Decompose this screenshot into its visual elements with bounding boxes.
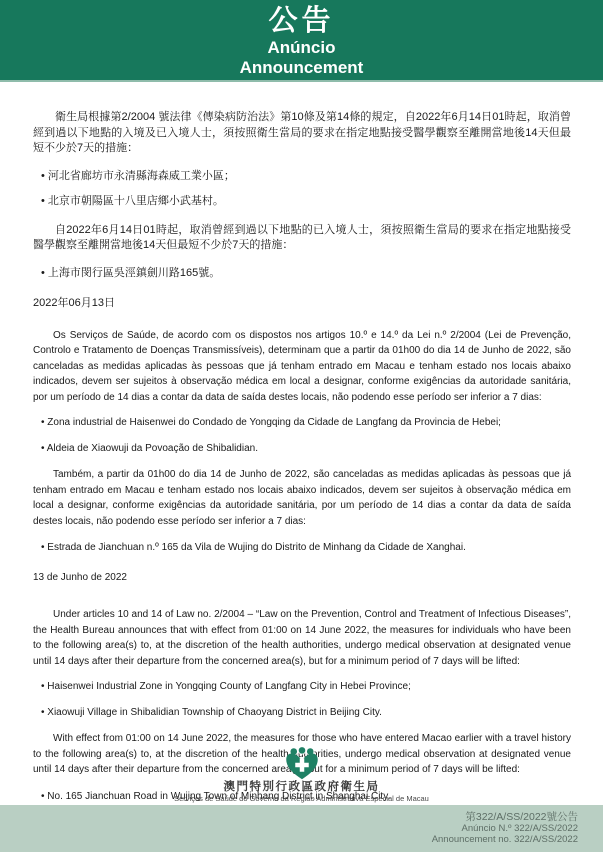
en-bullet-item: Haisenwei Industrial Zone in Yongqing Co…	[33, 679, 571, 695]
pt-paragraph-1: Os Serviços de Saúde, de acordo com os d…	[33, 328, 571, 406]
pt-date: 13 de Junho de 2022	[33, 570, 571, 586]
zh-paragraph-1: 衛生局根據第2/2004 號法律《傳染病防治法》第10條及第14條的規定，自20…	[33, 110, 571, 157]
page-title-en: Announcement	[0, 58, 603, 78]
health-bureau-heart-logo-icon	[284, 747, 320, 780]
page-title-pt: Anúncio	[0, 38, 603, 58]
pt-bullet-list-1: Zona industrial de Haisenwei do Condado …	[33, 415, 571, 456]
announcement-number-en: Announcement no. 322/A/SS/2022	[0, 835, 578, 846]
page-title-zh: 公告	[0, 5, 603, 38]
zh-bullet-list-1: 河北省廊坊市永清縣海森威工業小區； 北京市朝陽區十八里店鄉小武基村。	[33, 169, 571, 210]
pt-bullet-item: Zona industrial de Haisenwei do Condado …	[33, 415, 571, 431]
footer-reference-bar: 第322/A/SS/2022號公告 Anúncio N.º 322/A/SS/2…	[0, 805, 603, 852]
en-paragraph-1: Under articles 10 and 14 of Law no. 2/20…	[33, 607, 571, 669]
announcement-page: 公告 Anúncio Announcement 衛生局根據第2/2004 號法律…	[0, 0, 603, 852]
zh-bullet-list-2: 上海市閔行區吳涇鎮劍川路165號。	[33, 266, 571, 282]
document-body: 衛生局根據第2/2004 號法律《傳染病防治法》第10條及第14條的規定，自20…	[0, 110, 603, 847]
pt-bullet-item: Estrada de Jianchuan n.º 165 da Vila de …	[33, 540, 571, 556]
pt-bullet-list-2: Estrada de Jianchuan n.º 165 da Vila de …	[33, 540, 571, 556]
org-name-zh: 澳門特別行政區政府衛生局	[0, 781, 603, 794]
zh-bullet-item: 上海市閔行區吳涇鎮劍川路165號。	[33, 266, 571, 282]
announcement-number-pt: Anúncio N.º 322/A/SS/2022	[0, 824, 578, 835]
zh-bullet-item: 河北省廊坊市永清縣海森威工業小區；	[33, 169, 571, 185]
pt-paragraph-2: Também, a partir da 01h00 do dia 14 de J…	[33, 467, 571, 529]
en-bullet-item: Xiaowuji Village in Shibalidian Township…	[33, 705, 571, 721]
footer-org-block: 澳門特別行政區政府衛生局 Serviços de Saúde do Govern…	[0, 747, 603, 805]
zh-bullet-item: 北京市朝陽區十八里店鄉小武基村。	[33, 194, 571, 210]
section-chinese: 衛生局根據第2/2004 號法律《傳染病防治法》第10條及第14條的規定，自20…	[33, 110, 571, 312]
header-banner: 公告 Anúncio Announcement	[0, 0, 603, 82]
pt-bullet-item: Aldeia de Xiaowuji da Povoação de Shibal…	[33, 441, 571, 457]
section-portuguese: Os Serviços de Saúde, de acordo com os d…	[33, 328, 571, 586]
org-name-pt: Serviços de Saúde do Governo da Região A…	[0, 794, 603, 803]
en-bullet-list-1: Haisenwei Industrial Zone in Yongqing Co…	[33, 679, 571, 720]
zh-paragraph-2: 自2022年6月14日01時起，取消曾經到過以下地點的已入境人士，須按照衛生當局…	[33, 223, 571, 254]
zh-date: 2022年06月13日	[33, 296, 571, 312]
